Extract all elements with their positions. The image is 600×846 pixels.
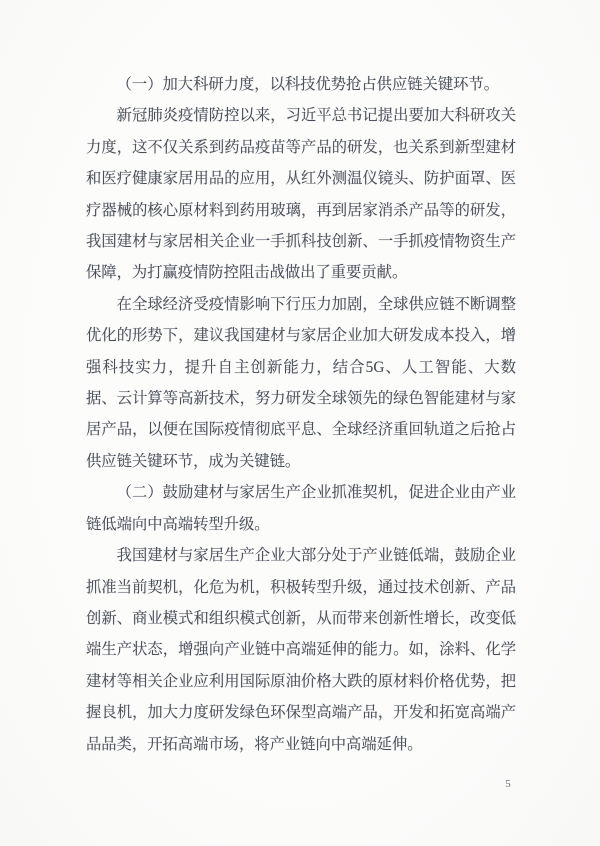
- page-number: 5: [496, 776, 520, 792]
- text-block: （一）加大科研力度，以科技优势抢占供应链关键环节。 新冠肺炎疫情防控以来，习近平…: [86, 69, 516, 760]
- section-heading-2: （二）鼓励建材与家居生产企业抓准契机，促进企业由产业链低端向中高端转型升级。: [86, 477, 516, 540]
- paragraph-2: 在全球经济受疫情影响下行压力加剧，全球供应链不断调整优化的形势下，建议我国建材与…: [86, 289, 516, 477]
- paragraph-1: 新冠肺炎疫情防控以来，习近平总书记提出要加大科研攻关力度，这不仅关系到药品疫苗等…: [86, 100, 516, 288]
- section-heading-1: （一）加大科研力度，以科技优势抢占供应链关键环节。: [86, 69, 516, 100]
- paragraph-3: 我国建材与家居生产企业大部分处于产业链低端，鼓励企业抓准当前契机，化危为机，积极…: [86, 540, 516, 760]
- document-page: （一）加大科研力度，以科技优势抢占供应链关键环节。 新冠肺炎疫情防控以来，习近平…: [0, 0, 600, 846]
